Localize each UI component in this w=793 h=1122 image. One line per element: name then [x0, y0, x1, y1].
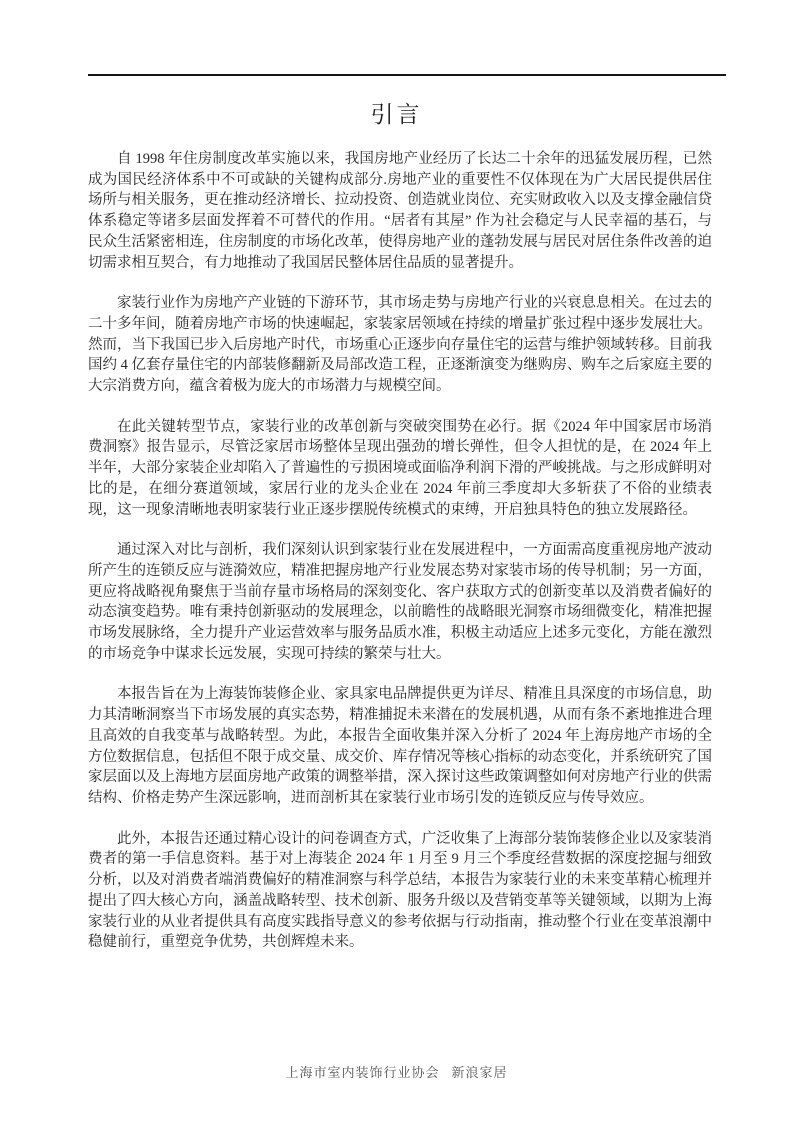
page-footer: 上海市室内装饰行业协会 新浪家居: [0, 1062, 793, 1081]
document-page: 引言 自 1998 年住房制度改革实施以来，我国房地产业经历了长达二十余年的迅猛…: [0, 0, 793, 1122]
paragraph-transformation: 在此关键转型节点，家装行业的改革创新与突破突围势在必行。据《2024 年中国家居…: [88, 417, 712, 521]
paragraph-analysis: 通过深入对比与剖析，我们深刻认识到家装行业在发展进程中，一方面需高度重视房地产波…: [88, 540, 712, 664]
paragraph-industry-chain: 家装行业作为房地产产业链的下游环节，其市场走势与房地产行业的兴衰息息相关。在过去…: [88, 293, 712, 397]
document-body: 自 1998 年住房制度改革实施以来，我国房地产业经历了长达二十余年的迅猛发展历…: [88, 149, 712, 973]
paragraph-report-purpose: 本报告旨在为上海装饰装修企业、家具家电品牌提供更为详尽、精准且具深度的市场信息，…: [88, 684, 712, 808]
paragraph-survey-method: 此外，本报告还通过精心设计的问卷调查方式，广泛收集了上海部分装饰装修企业以及家装…: [88, 829, 712, 953]
header-rule: [88, 74, 726, 76]
footer-association-name: 上海市室内装饰行业协会: [285, 1065, 439, 1080]
footer-brand-name: 新浪家居: [452, 1065, 508, 1080]
paragraph-housing-reform: 自 1998 年住房制度改革实施以来，我国房地产业经历了长达二十余年的迅猛发展历…: [88, 149, 712, 273]
page-title: 引言: [0, 96, 793, 129]
